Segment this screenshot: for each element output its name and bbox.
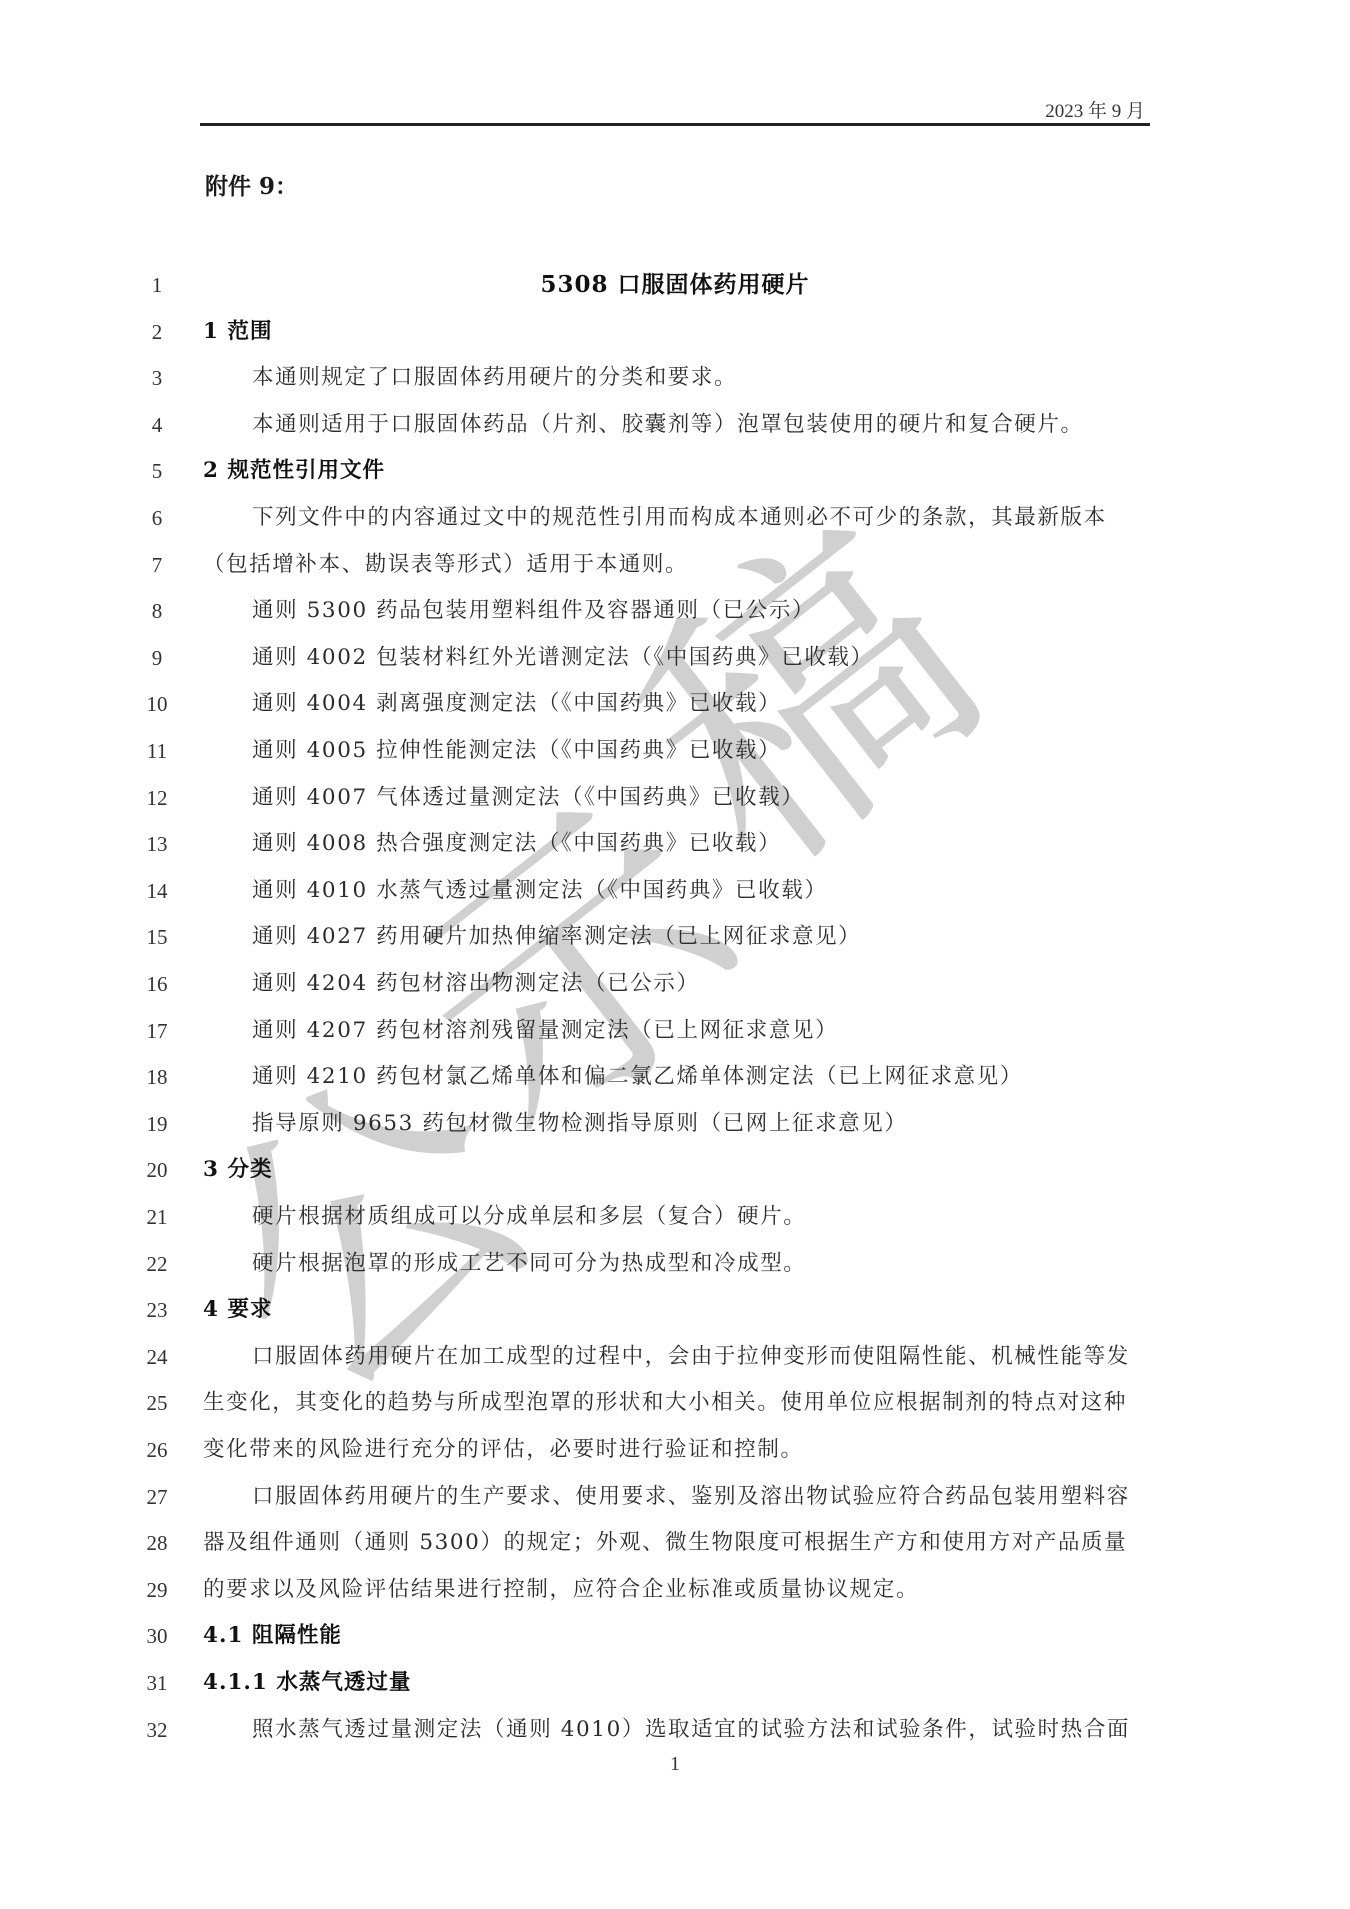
section-heading-line: 203 分类 [0, 1155, 1350, 1201]
text-line: 8通则 5300 药品包装用塑料组件及容器通则（已公示） [0, 596, 1350, 642]
header-rule [200, 123, 1150, 126]
text-line: 25生变化，其变化的趋势与所成型泡罩的形状和大小相关。使用单位应根据制剂的特点对… [0, 1388, 1350, 1434]
section-heading-line: 21 范围 [0, 317, 1350, 363]
paragraph-text: 通则 4007 气体透过量测定法（《中国药典》已收载） [252, 783, 804, 813]
document-title: 5308 口服固体药用硬片 [0, 270, 1350, 300]
text-line: 22硬片根据泡罩的形成工艺不同可分为热成型和冷成型。 [0, 1249, 1350, 1295]
section-heading-line: 304.1 阻隔性能 [0, 1621, 1350, 1667]
text-line: 9通则 4002 包装材料红外光谱测定法（《中国药典》已收载） [0, 643, 1350, 689]
attachment-label: 附件 9： [205, 168, 298, 201]
line-number: 29 [135, 1575, 179, 1605]
paragraph-text: 本通则规定了口服固体药用硬片的分类和要求。 [252, 363, 737, 393]
paragraph-text: 通则 4004 剥离强度测定法（《中国药典》已收载） [252, 689, 781, 719]
section-heading-line: 52 规范性引用文件 [0, 456, 1350, 502]
text-line: 16通则 4204 药包材溶出物测定法（已公示） [0, 969, 1350, 1015]
line-number: 14 [135, 876, 179, 906]
section-heading-line: 314.1.1 水蒸气透过量 [0, 1668, 1350, 1714]
line-number: 8 [135, 596, 179, 626]
paragraph-text: 硬片根据泡罩的形成工艺不同可分为热成型和冷成型。 [252, 1249, 806, 1279]
line-number: 19 [135, 1109, 179, 1139]
paragraph-text: 生变化，其变化的趋势与所成型泡罩的形状和大小相关。使用单位应根据制剂的特点对这种 [203, 1388, 1127, 1418]
paragraph-text: 变化带来的风险进行充分的评估，必要时进行验证和控制。 [203, 1435, 804, 1465]
line-number: 18 [135, 1062, 179, 1092]
line-number: 24 [135, 1342, 179, 1372]
line-number: 28 [135, 1528, 179, 1558]
text-line: 7（包括增补本、勘误表等形式）适用于本通则。 [0, 550, 1350, 596]
line-number: 11 [135, 736, 179, 766]
page-number: 1 [0, 1753, 1350, 1776]
line-number: 20 [135, 1155, 179, 1185]
line-number: 27 [135, 1482, 179, 1512]
line-number: 15 [135, 922, 179, 952]
text-line: 17通则 4207 药包材溶剂残留量测定法（已上网征求意见） [0, 1016, 1350, 1062]
section-heading: 4.1 阻隔性能 [203, 1621, 342, 1651]
paragraph-text: 下列文件中的内容通过文中的规范性引用而构成本通则必不可少的条款，其最新版本 [252, 503, 1107, 533]
text-line: 13通则 4008 热合强度测定法（《中国药典》已收载） [0, 829, 1350, 875]
paragraph-text: 通则 5300 药品包装用塑料组件及容器通则（已公示） [252, 596, 815, 626]
text-line: 18通则 4210 药包材氯乙烯单体和偏二氯乙烯单体测定法（已上网征求意见） [0, 1062, 1350, 1108]
section-heading: 4 要求 [203, 1295, 272, 1325]
line-number: 2 [135, 317, 179, 347]
line-number: 30 [135, 1621, 179, 1651]
paragraph-text: 硬片根据材质组成可以分成单层和多层（复合）硬片。 [252, 1202, 806, 1232]
paragraph-text: 通则 4210 药包材氯乙烯单体和偏二氯乙烯单体测定法（已上网征求意见） [252, 1062, 1023, 1092]
paragraph-text: 通则 4008 热合强度测定法（《中国药典》已收载） [252, 829, 781, 859]
paragraph-text: 口服固体药用硬片在加工成型的过程中，会由于拉伸变形而使阻隔性能、机械性能等发 [252, 1342, 1130, 1372]
paragraph-text: 指导原则 9653 药包材微生物检测指导原则（已网上征求意见） [252, 1109, 908, 1139]
section-heading: 3 分类 [203, 1155, 272, 1185]
line-number: 25 [135, 1388, 179, 1418]
line-number: 23 [135, 1295, 179, 1325]
line-number: 7 [135, 550, 179, 580]
text-line: 14通则 4010 水蒸气透过量测定法（《中国药典》已收载） [0, 876, 1350, 922]
line-number: 32 [135, 1715, 179, 1745]
section-heading: 1 范围 [203, 317, 272, 347]
section-heading-line: 234 要求 [0, 1295, 1350, 1341]
line-number: 5 [135, 456, 179, 486]
line-number: 9 [135, 643, 179, 673]
text-line: 24口服固体药用硬片在加工成型的过程中，会由于拉伸变形而使阻隔性能、机械性能等发 [0, 1342, 1350, 1388]
paragraph-text: 照水蒸气透过量测定法（通则 4010）选取适宜的试验方法和试验条件，试验时热合面 [252, 1715, 1130, 1745]
paragraph-text: 口服固体药用硬片的生产要求、使用要求、鉴别及溶出物试验应符合药品包装用塑料容 [252, 1482, 1130, 1512]
paragraph-text: （包括增补本、勘误表等形式）适用于本通则。 [203, 550, 688, 580]
paragraph-text: 通则 4010 水蒸气透过量测定法（《中国药典》已收载） [252, 876, 827, 906]
paragraph-text: 通则 4005 拉伸性能测定法（《中国药典》已收载） [252, 736, 781, 766]
line-number: 16 [135, 969, 179, 999]
text-line: 27口服固体药用硬片的生产要求、使用要求、鉴别及溶出物试验应符合药品包装用塑料容 [0, 1482, 1350, 1528]
line-number: 22 [135, 1249, 179, 1279]
line-number: 10 [135, 689, 179, 719]
paragraph-text: 通则 4207 药包材溶剂残留量测定法（已上网征求意见） [252, 1016, 838, 1046]
document-page: 公 示 稿 2023 年 9 月 附件 9： 15308 口服固体药用硬片21 … [0, 0, 1350, 1909]
line-number: 3 [135, 363, 179, 393]
text-line: 15通则 4027 药用硬片加热伸缩率测定法（已上网征求意见） [0, 922, 1350, 968]
line-number: 26 [135, 1435, 179, 1465]
line-number: 21 [135, 1202, 179, 1232]
line-number: 17 [135, 1016, 179, 1046]
paragraph-text: 本通则适用于口服固体药品（片剂、胶囊剂等）泡罩包装使用的硬片和复合硬片。 [252, 410, 1084, 440]
line-number: 6 [135, 503, 179, 533]
text-line: 12通则 4007 气体透过量测定法（《中国药典》已收载） [0, 783, 1350, 829]
text-line: 11通则 4005 拉伸性能测定法（《中国药典》已收载） [0, 736, 1350, 782]
paragraph-text: 通则 4002 包装材料红外光谱测定法（《中国药典》已收载） [252, 643, 874, 673]
text-line: 26变化带来的风险进行充分的评估，必要时进行验证和控制。 [0, 1435, 1350, 1481]
section-heading: 4.1.1 水蒸气透过量 [203, 1668, 411, 1698]
line-number: 13 [135, 829, 179, 859]
header-date: 2023 年 9 月 [1045, 96, 1145, 123]
text-line: 10通则 4004 剥离强度测定法（《中国药典》已收载） [0, 689, 1350, 735]
document-title-line: 15308 口服固体药用硬片 [0, 270, 1350, 316]
text-line: 6下列文件中的内容通过文中的规范性引用而构成本通则必不可少的条款，其最新版本 [0, 503, 1350, 549]
paragraph-text: 的要求以及风险评估结果进行控制，应符合企业标准或质量协议规定。 [203, 1575, 919, 1605]
text-line: 21硬片根据材质组成可以分成单层和多层（复合）硬片。 [0, 1202, 1350, 1248]
paragraph-text: 通则 4204 药包材溶出物测定法（已公示） [252, 969, 700, 999]
paragraph-text: 通则 4027 药用硬片加热伸缩率测定法（已上网征求意见） [252, 922, 861, 952]
text-line: 4本通则适用于口服固体药品（片剂、胶囊剂等）泡罩包装使用的硬片和复合硬片。 [0, 410, 1350, 456]
line-number: 31 [135, 1668, 179, 1698]
text-line: 28器及组件通则（通则 5300）的规定；外观、微生物限度可根据生产方和使用方对… [0, 1528, 1350, 1574]
section-heading: 2 规范性引用文件 [203, 456, 385, 486]
paragraph-text: 器及组件通则（通则 5300）的规定；外观、微生物限度可根据生产方和使用方对产品… [203, 1528, 1127, 1558]
line-number: 12 [135, 783, 179, 813]
text-line: 29的要求以及风险评估结果进行控制，应符合企业标准或质量协议规定。 [0, 1575, 1350, 1621]
line-number: 4 [135, 410, 179, 440]
text-line: 3本通则规定了口服固体药用硬片的分类和要求。 [0, 363, 1350, 409]
text-line: 19指导原则 9653 药包材微生物检测指导原则（已网上征求意见） [0, 1109, 1350, 1155]
